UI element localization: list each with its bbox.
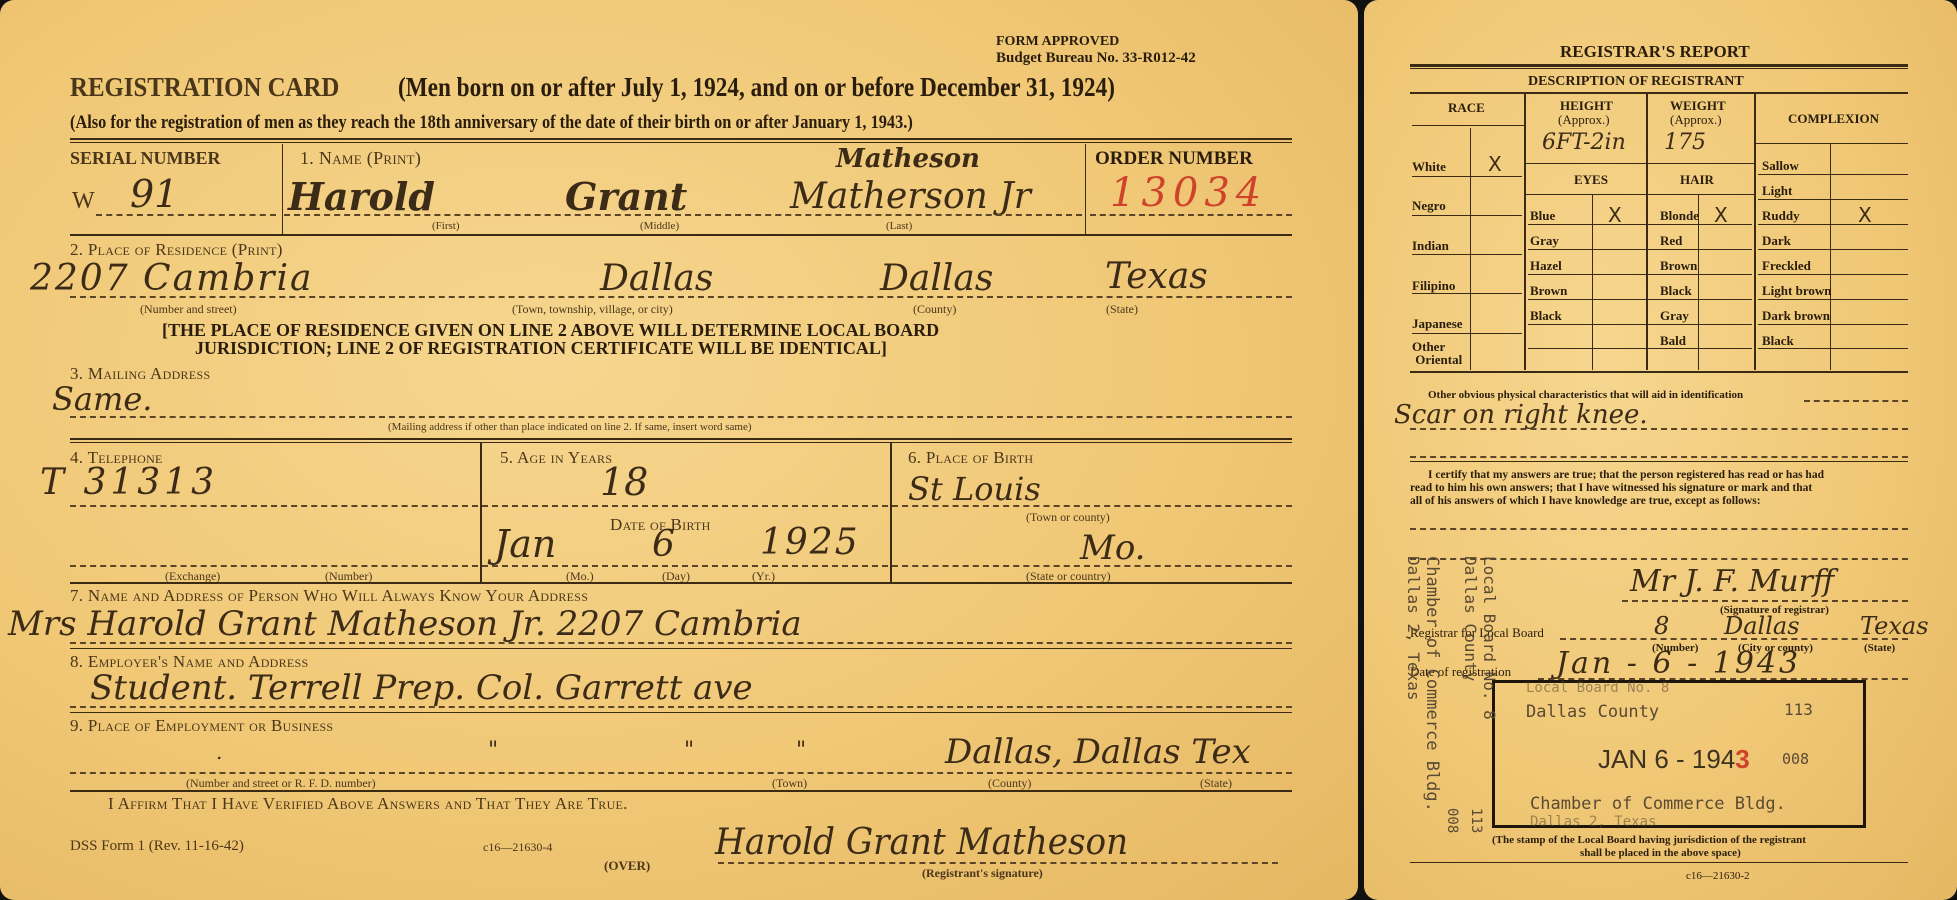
serial-number-value: 91 xyxy=(130,172,178,216)
race-indian: Indian xyxy=(1412,238,1449,254)
complexion-ruddy: Ruddy xyxy=(1762,208,1800,224)
vertical-stamp-code1: 113 xyxy=(1468,808,1484,833)
race-japanese: Japanese xyxy=(1412,316,1463,332)
card-title-note: (Also for the registration of men as the… xyxy=(70,112,913,134)
hair-bald: Bald xyxy=(1660,333,1686,349)
hair-brown: Brown xyxy=(1660,258,1697,274)
report-title: REGISTRAR'S REPORT xyxy=(1560,42,1750,62)
complexion-freckled: Freckled xyxy=(1762,258,1811,274)
eyes-black: Black xyxy=(1530,308,1562,324)
stamp-date: JAN 6 - 1943 xyxy=(1598,744,1750,775)
eyes-blue: Blue xyxy=(1530,208,1555,224)
hair-blonde: Blonde xyxy=(1660,208,1699,224)
serial-prefix: W xyxy=(72,188,95,215)
middle-caption: (Middle) xyxy=(640,220,679,232)
print-code: c16—21630-4 xyxy=(483,840,552,855)
hair-header: HAIR xyxy=(1680,172,1714,188)
last-name-correction: Matheson xyxy=(836,144,980,174)
race-white: White xyxy=(1412,159,1446,175)
stamp-line1: Local Board No. 8 xyxy=(1526,680,1669,696)
weight-sub: (Approx.) xyxy=(1670,112,1722,128)
age-label: 5. Age in Years xyxy=(500,448,612,468)
card-title: REGISTRATION CARD xyxy=(70,72,339,103)
board-city: Dallas xyxy=(1724,612,1800,640)
eyes-header: EYES xyxy=(1574,172,1608,188)
mailing-caption: (Mailing address if other than place ind… xyxy=(388,421,752,433)
middle-name: Grant xyxy=(565,174,687,219)
hair-red: Red xyxy=(1660,233,1682,249)
residence-street: 2207 Cambria xyxy=(30,258,313,299)
telephone-value: T 31313 xyxy=(40,462,218,503)
race-header: RACE xyxy=(1448,100,1485,116)
vertical-stamp-line4: Dallas 2, Texas xyxy=(1404,556,1423,701)
employment-street: . xyxy=(216,740,222,764)
eyes-hazel: Hazel xyxy=(1530,258,1562,274)
complexion-black: Black xyxy=(1762,333,1794,349)
certify-line3: all of his answers of which I have knowl… xyxy=(1410,495,1761,507)
employment-town-caption: (Town) xyxy=(772,776,807,791)
hair-blonde-mark: X xyxy=(1714,203,1728,227)
dob-year: 1925 xyxy=(760,522,860,563)
card-title-subtitle: (Men born on or after July 1, 1924, and … xyxy=(398,72,1115,103)
employment-state-caption: (State) xyxy=(1200,776,1232,791)
registrant-signature: Harold Grant Matheson xyxy=(715,822,1128,863)
form-approved: FORM APPROVED xyxy=(996,34,1119,50)
description-title: DESCRIPTION OF REGISTRANT xyxy=(1528,74,1744,90)
race-negro: Negro xyxy=(1412,198,1446,214)
birthplace-town-caption: (Town or county) xyxy=(1026,510,1110,525)
complexion-light: Light xyxy=(1762,183,1792,199)
residence-state: Texas xyxy=(1105,256,1208,297)
back-print-code: c16—21630-2 xyxy=(1686,870,1750,882)
height-value: 6FT-2in xyxy=(1542,130,1626,155)
stamp-caption-line1: (The stamp of the Local Board having jur… xyxy=(1492,834,1806,846)
hair-black: Black xyxy=(1660,283,1692,299)
name-label: 1. Name (Print) xyxy=(300,148,421,169)
last-name: Matherson Jr xyxy=(790,176,1031,217)
employment-county: " xyxy=(796,738,806,763)
complexion-sallow: Sallow xyxy=(1762,158,1799,174)
residence-notice-line2: JURISDICTION; LINE 2 OF REGISTRATION CER… xyxy=(195,338,887,359)
over-label: (OVER) xyxy=(604,858,650,874)
complexion-dark: Dark xyxy=(1762,233,1791,249)
board-state: Texas xyxy=(1860,612,1929,640)
birthplace-label: 6. Place of Birth xyxy=(908,448,1033,468)
birthplace-state: Mo. xyxy=(1080,528,1146,568)
certify-line2: read to him his own answers; that I have… xyxy=(1410,482,1812,494)
last-caption: (Last) xyxy=(886,220,912,232)
town-caption: (Town, township, village, or city) xyxy=(512,302,673,317)
other-characteristics-value: Scar on right knee. xyxy=(1394,400,1648,430)
order-number-label: ORDER NUMBER xyxy=(1095,148,1253,170)
street-caption: (Number and street) xyxy=(140,302,237,317)
date-of-registration-value: Jan - 6 - 1943 xyxy=(1556,646,1801,681)
dob-day: 6 xyxy=(652,524,675,565)
registrars-report-back: REGISTRAR'S REPORT DESCRIPTION OF REGIST… xyxy=(1364,0,1957,900)
eyes-gray: Gray xyxy=(1530,233,1559,249)
residence-label: 2. Place of Residence (Print) xyxy=(70,240,283,260)
employment-town: " xyxy=(684,738,694,763)
first-caption: (First) xyxy=(432,220,460,232)
state-caption: (State) xyxy=(1106,302,1138,317)
stamp-county: Dallas County xyxy=(1526,702,1659,722)
eyes-brown: Brown xyxy=(1530,283,1567,299)
vertical-stamp-code2: 008 xyxy=(1444,808,1460,833)
employment-county-caption: (County) xyxy=(988,776,1031,791)
serial-number-label: SERIAL NUMBER xyxy=(70,148,221,169)
complexion-light-brown: Light brown xyxy=(1762,283,1831,299)
stamp-code-1: 113 xyxy=(1784,700,1813,719)
employment-location: Dallas, Dallas Tex xyxy=(945,732,1251,772)
registrar-signature: Mr J. F. Murff xyxy=(1630,564,1834,599)
affirmation: I Affirm That I Have Verified Above Answ… xyxy=(108,794,628,814)
age-value: 18 xyxy=(600,460,648,504)
mailing-address-value: Same. xyxy=(52,380,152,418)
employment-place-label: 9. Place of Employment or Business xyxy=(70,716,333,736)
employment-street-caption: (Number and street or R. F. D. number) xyxy=(186,776,376,791)
stamp-caption-line2: shall be placed in the above space) xyxy=(1580,847,1741,859)
contact-label: 7. Name and Address of Person Who Will A… xyxy=(70,586,588,606)
residence-county: Dallas xyxy=(880,258,993,299)
registration-card-front: FORM APPROVED Budget Bureau No. 33-R012-… xyxy=(0,0,1358,900)
budget-bureau-number: Budget Bureau No. 33-R012-42 xyxy=(996,50,1196,67)
race-other-oriental: Other Oriental xyxy=(1412,340,1462,366)
stamp-address: Chamber of Commerce Bldg. xyxy=(1530,794,1786,814)
residence-town: Dallas xyxy=(600,258,713,299)
state-caption-back: (State) xyxy=(1864,642,1895,654)
board-number: 8 xyxy=(1654,612,1669,640)
hair-gray: Gray xyxy=(1660,308,1689,324)
complexion-dark-brown: Dark brown xyxy=(1762,308,1830,324)
dob-month: Jan xyxy=(494,522,556,566)
stamp-code-2: 008 xyxy=(1782,750,1809,768)
vertical-stamp-line3: Chamber of Commerce Bldg. xyxy=(1422,556,1442,812)
order-number-value: 13034 xyxy=(1110,170,1267,216)
county-caption: (County) xyxy=(913,302,956,317)
signature-caption: (Registrant's signature) xyxy=(922,866,1043,881)
form-id: DSS Form 1 (Rev. 11-16-42) xyxy=(70,838,244,855)
race-filipino: Filipino xyxy=(1412,278,1455,294)
stamp-city: Dallas 2, Texas xyxy=(1530,814,1656,830)
race-white-mark: X xyxy=(1488,152,1502,176)
first-name: Harold xyxy=(288,174,435,219)
vertical-stamp-line1: Local Board No. 8 xyxy=(1480,556,1499,720)
vertical-stamp-line2: Dallas County xyxy=(1461,556,1480,681)
employment-ditto-1: " xyxy=(488,738,498,763)
birthplace-town: St Louis xyxy=(908,470,1041,508)
height-sub: (Approx.) xyxy=(1558,112,1610,128)
contact-value: Mrs Harold Grant Matheson Jr. 2207 Cambr… xyxy=(8,604,802,644)
employer-value: Student. Terrell Prep. Col. Garrett ave xyxy=(90,668,753,708)
weight-value: 175 xyxy=(1664,130,1706,155)
certify-line1: I certify that my answers are true; that… xyxy=(1428,469,1824,481)
complexion-header: COMPLEXION xyxy=(1788,111,1879,127)
